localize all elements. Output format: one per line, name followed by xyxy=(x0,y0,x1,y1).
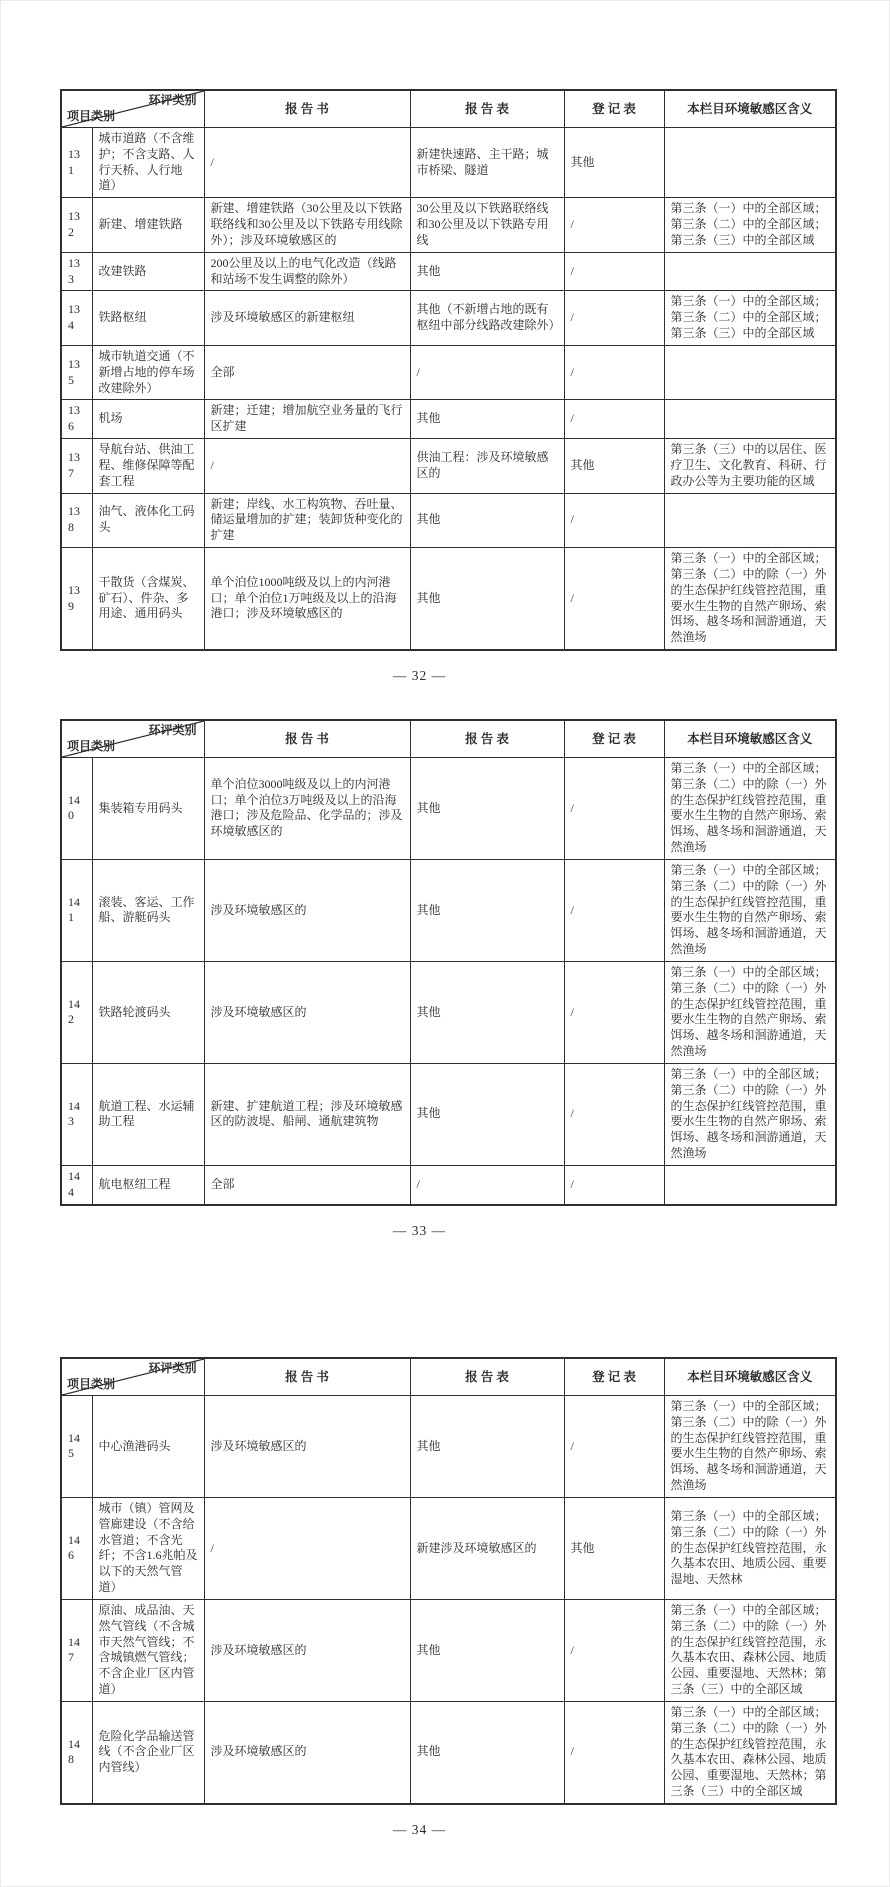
table-row: 143航道工程、水运辅助工程新建、扩建航道工程；涉及环境敏感区的防波堤、船闸、通… xyxy=(61,1063,836,1165)
sensitive-area-meaning-cell: 第三条（一）中的全部区域；第三条（二）中的除（一）外的生态保护红线管控范围，重要… xyxy=(664,1063,836,1165)
table-header-row: 环评类别 项目类别 报 告 书 报 告 表 登 记 表 本栏目环境敏感区含义 xyxy=(61,90,836,128)
table-row: 146城市（镇）管网及管廊建设（不含给水管道；不含光纤；不含1.6兆帕及以下的天… xyxy=(61,1497,836,1599)
table-section-page-34: 环评类别 项目类别 报 告 书 报 告 表 登 记 表 本栏目环境敏感区含义 1… xyxy=(60,1357,835,1838)
table-row: 142铁路轮渡码头涉及环境敏感区的其他/第三条（一）中的全部区域；第三条（二）中… xyxy=(61,961,836,1063)
register-form-cell: / xyxy=(564,758,664,860)
header-project-type-label: 项目类别 xyxy=(67,109,115,125)
project-number-cell: 144 xyxy=(61,1165,92,1204)
report-book-cell: 单个泊位1000吨级及以上的内河港口；单个泊位1万吨级及以上的沿海港口；涉及环境… xyxy=(204,548,410,650)
project-number-cell: 145 xyxy=(61,1396,92,1498)
report-form-cell: 其他 xyxy=(410,1063,564,1165)
sensitive-area-meaning-cell: 第三条（一）中的全部区域；第三条（二）中的全部区域；第三条（三）中的全部区域 xyxy=(664,198,836,252)
header-report-book: 报 告 书 xyxy=(204,1358,410,1396)
sensitive-area-meaning-cell xyxy=(664,1165,836,1204)
report-book-cell: 涉及环境敏感区的 xyxy=(204,1701,410,1803)
table-body: 145中心渔港码头涉及环境敏感区的其他/第三条（一）中的全部区域；第三条（二）中… xyxy=(61,1396,836,1804)
project-category-cell: 危险化学品输送管线（不含企业厂区内管线） xyxy=(92,1701,204,1803)
report-book-cell: 全部 xyxy=(204,345,410,399)
document-page: 环评类别 项目类别 报 告 书 报 告 表 登 记 表 本栏目环境敏感区含义 1… xyxy=(0,0,890,1887)
report-form-cell: 其他 xyxy=(410,252,564,291)
project-category-cell: 新建、增建铁路 xyxy=(92,198,204,252)
project-number-cell: 131 xyxy=(61,128,92,198)
header-sensitive-area-meaning: 本栏目环境敏感区含义 xyxy=(664,1358,836,1396)
table-row: 134铁路枢纽涉及环境敏感区的新建枢纽其他（不新增占地的既有枢纽中部分线路改建除… xyxy=(61,291,836,345)
sensitive-area-meaning-cell: 第三条（一）中的全部区域；第三条（二）中的全部区域；第三条（三）中的全部区域 xyxy=(664,291,836,345)
sensitive-area-meaning-cell: 第三条（一）中的全部区域；第三条（二）中的除（一）外的生态保护红线管控范围，重要… xyxy=(664,1396,836,1498)
project-category-cell: 改建铁路 xyxy=(92,252,204,291)
page-number: — 34 — xyxy=(32,1822,807,1838)
project-category-cell: 油气、液体化工码头 xyxy=(92,493,204,547)
page-number: — 33 — xyxy=(32,1223,807,1239)
table-row: 144航电枢纽工程全部// xyxy=(61,1165,836,1204)
project-number-cell: 146 xyxy=(61,1497,92,1599)
project-number-cell: 141 xyxy=(61,859,92,961)
project-number-cell: 139 xyxy=(61,548,92,650)
report-form-cell: 供油工程：涉及环境敏感区的 xyxy=(410,439,564,493)
report-form-cell: 其他（不新增占地的既有枢纽中部分线路改建除外） xyxy=(410,291,564,345)
sensitive-area-meaning-cell: 第三条（一）中的全部区域；第三条（二）中的除（一）外的生态保护红线管控范围，重要… xyxy=(664,548,836,650)
report-form-cell: 其他 xyxy=(410,493,564,547)
sensitive-area-meaning-cell xyxy=(664,493,836,547)
table-row: 132新建、增建铁路新建、增建铁路（30公里及以下铁路联络线和30公里及以下铁路… xyxy=(61,198,836,252)
diagonal-header-cell: 环评类别 项目类别 xyxy=(61,720,204,758)
project-number-cell: 138 xyxy=(61,493,92,547)
project-category-cell: 城市轨道交通（不新增占地的停车场改建除外） xyxy=(92,345,204,399)
table-body: 131城市道路（不含维护；不含支路、人行天桥、人行地道）/新建快速路、主干路；城… xyxy=(61,128,836,651)
eia-category-table: 环评类别 项目类别 报 告 书 报 告 表 登 记 表 本栏目环境敏感区含义 1… xyxy=(60,719,837,1206)
eia-category-table: 环评类别 项目类别 报 告 书 报 告 表 登 记 表 本栏目环境敏感区含义 1… xyxy=(60,1357,837,1805)
sensitive-area-meaning-cell: 第三条（三）中的以居住、医疗卫生、文化教育、科研、行政办公等为主要功能的区域 xyxy=(664,439,836,493)
sensitive-area-meaning-cell xyxy=(664,345,836,399)
report-book-cell: 涉及环境敏感区的 xyxy=(204,1599,410,1701)
sensitive-area-meaning-cell: 第三条（一）中的全部区域；第三条（二）中的除（一）外的生态保护红线管控范围，重要… xyxy=(664,758,836,860)
project-category-cell: 中心渔港码头 xyxy=(92,1396,204,1498)
register-form-cell: / xyxy=(564,1063,664,1165)
register-form-cell: / xyxy=(564,198,664,252)
page-number: — 32 — xyxy=(32,668,807,684)
register-form-cell: / xyxy=(564,252,664,291)
register-form-cell: 其他 xyxy=(564,439,664,493)
project-number-cell: 143 xyxy=(61,1063,92,1165)
project-category-cell: 集装箱专用码头 xyxy=(92,758,204,860)
table-body: 140集装箱专用码头单个泊位3000吨级及以上的内河港口；单个泊位3万吨级及以上… xyxy=(61,758,836,1205)
register-form-cell: 其他 xyxy=(564,1497,664,1599)
report-form-cell: 其他 xyxy=(410,548,564,650)
project-category-cell: 城市道路（不含维护；不含支路、人行天桥、人行地道） xyxy=(92,128,204,198)
table-row: 136机场新建；迁建；增加航空业务量的飞行区扩建其他/ xyxy=(61,400,836,439)
report-form-cell: 其他 xyxy=(410,1396,564,1498)
report-book-cell: / xyxy=(204,128,410,198)
header-report-book: 报 告 书 xyxy=(204,720,410,758)
header-report-form: 报 告 表 xyxy=(410,90,564,128)
project-number-cell: 137 xyxy=(61,439,92,493)
report-book-cell: 新建；迁建；增加航空业务量的飞行区扩建 xyxy=(204,400,410,439)
project-number-cell: 147 xyxy=(61,1599,92,1701)
project-category-cell: 航道工程、水运辅助工程 xyxy=(92,1063,204,1165)
register-form-cell: / xyxy=(564,1165,664,1204)
report-form-cell: 其他 xyxy=(410,961,564,1063)
table-row: 141滚装、客运、工作船、游艇码头涉及环境敏感区的其他/第三条（一）中的全部区域… xyxy=(61,859,836,961)
project-number-cell: 133 xyxy=(61,252,92,291)
project-category-cell: 导航台站、供油工程、维修保障等配套工程 xyxy=(92,439,204,493)
project-number-cell: 148 xyxy=(61,1701,92,1803)
header-eia-type-label: 环评类别 xyxy=(148,723,196,739)
header-project-type-label: 项目类别 xyxy=(67,1377,115,1393)
table-row: 135城市轨道交通（不新增占地的停车场改建除外）全部// xyxy=(61,345,836,399)
report-form-cell: 新建快速路、主干路；城市桥梁、隧道 xyxy=(410,128,564,198)
report-form-cell: / xyxy=(410,345,564,399)
project-number-cell: 135 xyxy=(61,345,92,399)
register-form-cell: / xyxy=(564,345,664,399)
report-book-cell: 新建、扩建航道工程；涉及环境敏感区的防波堤、船闸、通航建筑物 xyxy=(204,1063,410,1165)
report-form-cell: 其他 xyxy=(410,1599,564,1701)
project-category-cell: 铁路枢纽 xyxy=(92,291,204,345)
project-number-cell: 140 xyxy=(61,758,92,860)
project-number-cell: 142 xyxy=(61,961,92,1063)
sensitive-area-meaning-cell xyxy=(664,400,836,439)
sensitive-area-meaning-cell: 第三条（一）中的全部区域；第三条（二）中的除（一）外的生态保护红线管控范围，重要… xyxy=(664,859,836,961)
report-form-cell: 其他 xyxy=(410,758,564,860)
project-category-cell: 铁路轮渡码头 xyxy=(92,961,204,1063)
report-book-cell: 涉及环境敏感区的 xyxy=(204,859,410,961)
sensitive-area-meaning-cell xyxy=(664,252,836,291)
project-number-cell: 134 xyxy=(61,291,92,345)
report-form-cell: 其他 xyxy=(410,400,564,439)
table-header-row: 环评类别 项目类别 报 告 书 报 告 表 登 记 表 本栏目环境敏感区含义 xyxy=(61,1358,836,1396)
sensitive-area-meaning-cell: 第三条（一）中的全部区域；第三条（二）中的除（一）外的生态保护红线管控范围，永久… xyxy=(664,1599,836,1701)
report-book-cell: / xyxy=(204,439,410,493)
report-form-cell: 30公里及以下铁路联络线和30公里及以下铁路专用线 xyxy=(410,198,564,252)
sensitive-area-meaning-cell: 第三条（一）中的全部区域；第三条（二）中的除（一）外的生态保护红线管控范围，重要… xyxy=(664,961,836,1063)
table-section-page-33: 环评类别 项目类别 报 告 书 报 告 表 登 记 表 本栏目环境敏感区含义 1… xyxy=(60,719,835,1239)
header-eia-type-label: 环评类别 xyxy=(148,93,196,109)
report-form-cell: 新建涉及环境敏感区的 xyxy=(410,1497,564,1599)
table-row: 133改建铁路200公里及以上的电气化改造（线路和站场不发生调整的除外）其他/ xyxy=(61,252,836,291)
header-register-form: 登 记 表 xyxy=(564,1358,664,1396)
report-form-cell: 其他 xyxy=(410,859,564,961)
table-row: 137导航台站、供油工程、维修保障等配套工程/供油工程：涉及环境敏感区的其他第三… xyxy=(61,439,836,493)
sensitive-area-meaning-cell: 第三条（一）中的全部区域；第三条（二）中的除（一）外的生态保护红线管控范围，永久… xyxy=(664,1701,836,1803)
project-category-cell: 城市（镇）管网及管廊建设（不含给水管道；不含光纤；不含1.6兆帕及以下的天然气管… xyxy=(92,1497,204,1599)
table-row: 138油气、液体化工码头新建；岸线、水工构筑物、吞吐量、储运量增加的扩建；装卸货… xyxy=(61,493,836,547)
report-book-cell: 新建、增建铁路（30公里及以下铁路联络线和30公里及以下铁路专用线除外）；涉及环… xyxy=(204,198,410,252)
header-register-form: 登 记 表 xyxy=(564,720,664,758)
table-row: 147原油、成品油、天然气管线（不含城市天然气管线；不含城镇燃气管线；不含企业厂… xyxy=(61,1599,836,1701)
table-row: 131城市道路（不含维护；不含支路、人行天桥、人行地道）/新建快速路、主干路；城… xyxy=(61,128,836,198)
header-sensitive-area-meaning: 本栏目环境敏感区含义 xyxy=(664,720,836,758)
report-book-cell: / xyxy=(204,1497,410,1599)
register-form-cell: / xyxy=(564,1599,664,1701)
register-form-cell: / xyxy=(564,1701,664,1803)
register-form-cell: / xyxy=(564,400,664,439)
header-report-form: 报 告 表 xyxy=(410,720,564,758)
header-report-form: 报 告 表 xyxy=(410,1358,564,1396)
register-form-cell: / xyxy=(564,548,664,650)
project-category-cell: 滚装、客运、工作船、游艇码头 xyxy=(92,859,204,961)
header-sensitive-area-meaning: 本栏目环境敏感区含义 xyxy=(664,90,836,128)
register-form-cell: / xyxy=(564,961,664,1063)
project-category-cell: 航电枢纽工程 xyxy=(92,1165,204,1204)
report-book-cell: 全部 xyxy=(204,1165,410,1204)
register-form-cell: 其他 xyxy=(564,128,664,198)
project-category-cell: 干散货（含煤炭、矿石）、件杂、多用途、通用码头 xyxy=(92,548,204,650)
project-number-cell: 136 xyxy=(61,400,92,439)
project-category-cell: 机场 xyxy=(92,400,204,439)
register-form-cell: / xyxy=(564,493,664,547)
header-register-form: 登 记 表 xyxy=(564,90,664,128)
project-category-cell: 原油、成品油、天然气管线（不含城市天然气管线；不含城镇燃气管线；不含企业厂区内管… xyxy=(92,1599,204,1701)
report-book-cell: 200公里及以上的电气化改造（线路和站场不发生调整的除外） xyxy=(204,252,410,291)
report-book-cell: 新建；岸线、水工构筑物、吞吐量、储运量增加的扩建；装卸货种变化的扩建 xyxy=(204,493,410,547)
table-row: 140集装箱专用码头单个泊位3000吨级及以上的内河港口；单个泊位3万吨级及以上… xyxy=(61,758,836,860)
sensitive-area-meaning-cell: 第三条（一）中的全部区域；第三条（二）中的除（一）外的生态保护红线管控范围，永久… xyxy=(664,1497,836,1599)
register-form-cell: / xyxy=(564,859,664,961)
table-header-row: 环评类别 项目类别 报 告 书 报 告 表 登 记 表 本栏目环境敏感区含义 xyxy=(61,720,836,758)
header-project-type-label: 项目类别 xyxy=(67,739,115,755)
report-book-cell: 涉及环境敏感区的新建枢纽 xyxy=(204,291,410,345)
report-book-cell: 涉及环境敏感区的 xyxy=(204,961,410,1063)
report-book-cell: 涉及环境敏感区的 xyxy=(204,1396,410,1498)
project-number-cell: 132 xyxy=(61,198,92,252)
report-form-cell: / xyxy=(410,1165,564,1204)
diagonal-header-cell: 环评类别 项目类别 xyxy=(61,1358,204,1396)
register-form-cell: / xyxy=(564,291,664,345)
eia-category-table: 环评类别 项目类别 报 告 书 报 告 表 登 记 表 本栏目环境敏感区含义 1… xyxy=(60,89,837,651)
sensitive-area-meaning-cell xyxy=(664,128,836,198)
register-form-cell: / xyxy=(564,1396,664,1498)
table-row: 145中心渔港码头涉及环境敏感区的其他/第三条（一）中的全部区域；第三条（二）中… xyxy=(61,1396,836,1498)
table-row: 148危险化学品输送管线（不含企业厂区内管线）涉及环境敏感区的其他/第三条（一）… xyxy=(61,1701,836,1803)
diagonal-header-cell: 环评类别 项目类别 xyxy=(61,90,204,128)
table-section-page-32: 环评类别 项目类别 报 告 书 报 告 表 登 记 表 本栏目环境敏感区含义 1… xyxy=(60,89,835,684)
report-book-cell: 单个泊位3000吨级及以上的内河港口；单个泊位3万吨级及以上的沿海港口；涉及危险… xyxy=(204,758,410,860)
report-form-cell: 其他 xyxy=(410,1701,564,1803)
header-report-book: 报 告 书 xyxy=(204,90,410,128)
table-row: 139干散货（含煤炭、矿石）、件杂、多用途、通用码头单个泊位1000吨级及以上的… xyxy=(61,548,836,650)
header-eia-type-label: 环评类别 xyxy=(148,1361,196,1377)
